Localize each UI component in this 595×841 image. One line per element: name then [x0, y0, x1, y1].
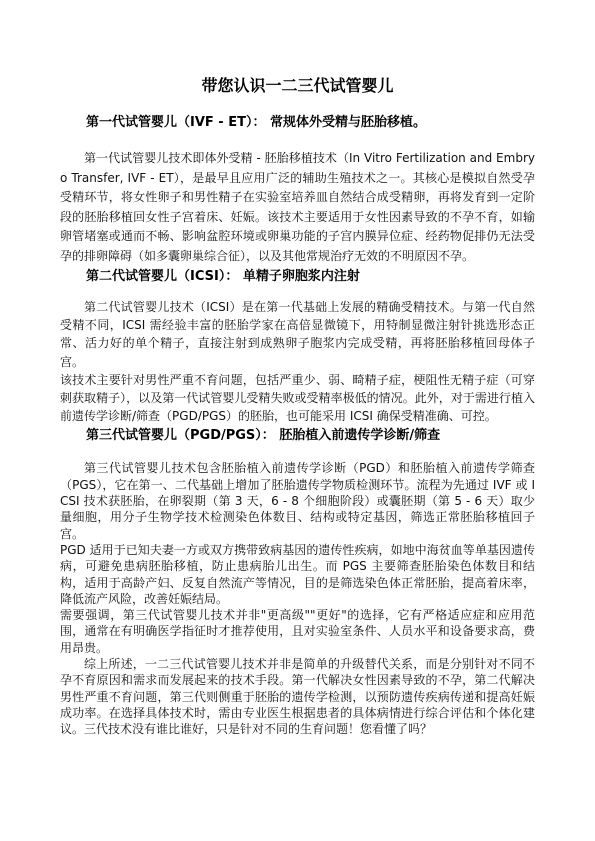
section-2-paragraph-2: 该技术主要针对男性严重不育问题，包括严重少、弱、畸精子症，梗阻性无精子症（可穿刺…	[60, 371, 535, 426]
document-conclusion-paragraph: 综上所述，一二三代试管婴儿技术并非是简单的升级替代关系，而是分别针对不同不孕不育…	[60, 656, 535, 737]
section-2-paragraph-1: 第二代试管婴儿技术（ICSI）是在第一代基础上发展的精确受精技术。与第一代自然受…	[60, 298, 535, 371]
section-1-heading: 第一代试管婴儿（IVF - ET）： 常规体外受精与胚胎移植。	[60, 114, 535, 132]
section-3-paragraph-3: 需要强调，第三代试管婴儿技术并非"更高级""更好"的选择，它有严格适应症和应用范…	[60, 607, 535, 656]
section-3-paragraph-2: PGD 适用于已知夫妻一方或双方携带致病基因的遗传性疾病，如地中海贫血等单基因遗…	[60, 542, 535, 607]
section-1-paragraph-1: 第一代试管婴儿技术即体外受精 - 胚胎移植技术（In Vitro Fertili…	[60, 149, 535, 266]
document-title: 带您认识一二三代试管婴儿	[60, 75, 535, 97]
section-3-paragraph-1: 第三代试管婴儿技术包含胚胎植入前遗传学诊断（PGD）和胚胎植入前遗传学筛查（PG…	[60, 460, 535, 541]
section-3-heading: 第三代试管婴儿（PGD/PGS）： 胚胎植入前遗传学诊断/筛查	[60, 427, 535, 445]
section-2-heading: 第二代试管婴儿（ICSI）： 单精子卵胞浆内注射	[60, 268, 535, 286]
document-page: 带您认识一二三代试管婴儿 第一代试管婴儿（IVF - ET）： 常规体外受精与胚…	[0, 0, 595, 841]
